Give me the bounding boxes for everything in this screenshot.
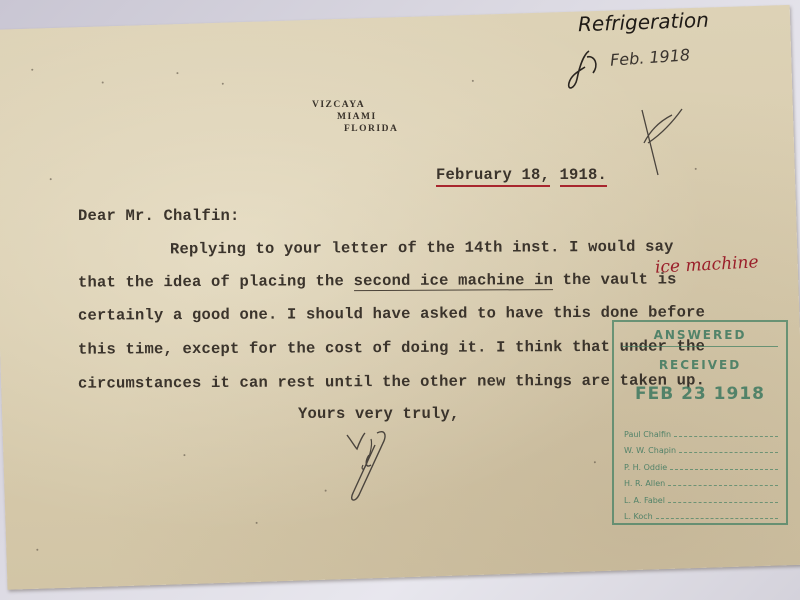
paper-speck bbox=[594, 461, 596, 463]
stamp-date: FEB 23 1918 bbox=[614, 384, 786, 404]
paper-speck bbox=[222, 83, 224, 85]
stamp-answered: ANSWERED bbox=[614, 328, 786, 342]
salutation: Dear Mr. Chalfin: bbox=[78, 207, 240, 225]
letterhead-line-2: MIAMI bbox=[337, 112, 377, 122]
check-mark-icon bbox=[638, 105, 688, 180]
paper-speck bbox=[36, 549, 38, 551]
letterhead-line-3: FLORIDA bbox=[344, 124, 398, 134]
date-year: 1918. bbox=[560, 166, 608, 187]
routing-item: H. R. Allen bbox=[624, 472, 778, 489]
paper-speck bbox=[102, 81, 104, 83]
stamp-received: RECEIVED bbox=[614, 358, 786, 372]
paper-speck bbox=[176, 72, 178, 74]
initials-handwriting-icon bbox=[565, 45, 605, 95]
received-stamp: ANSWERED RECEIVED FEB 23 1918 Paul Chalf… bbox=[612, 320, 788, 525]
routing-item: L. Koch bbox=[624, 505, 778, 522]
letter-date: February 18, 1918. bbox=[436, 166, 607, 184]
date-month-day: February 18, bbox=[436, 166, 550, 187]
underlined-phrase: second ice machine in bbox=[354, 271, 554, 291]
body-line-2: that the idea of placing the second ice … bbox=[78, 270, 677, 291]
paper-speck bbox=[183, 454, 185, 456]
body-line-1: Replying to your letter of the 14th inst… bbox=[170, 238, 674, 259]
paper-speck bbox=[472, 80, 474, 82]
body-line-2-pre: that the idea of placing the bbox=[78, 272, 354, 291]
stamp-divider bbox=[622, 346, 778, 347]
signature-icon bbox=[325, 425, 415, 505]
stamp-routing-list: Paul Chalfin W. W. Chapin P. H. Oddie H.… bbox=[624, 422, 778, 521]
routing-item: L. A. Fabel bbox=[624, 488, 778, 505]
routing-item: P. H. Oddie bbox=[624, 455, 778, 472]
paper-speck bbox=[695, 168, 697, 170]
letterhead-line-1: VIZCAYA bbox=[312, 100, 365, 110]
paper-speck bbox=[50, 178, 52, 180]
closing: Yours very truly, bbox=[298, 405, 460, 423]
routing-item: Paul Chalfin bbox=[624, 422, 778, 439]
paper-speck bbox=[31, 69, 33, 71]
paper-speck bbox=[256, 522, 258, 524]
annotation-subject: Refrigeration bbox=[578, 8, 710, 37]
routing-item: W. W. Chapin bbox=[624, 439, 778, 456]
